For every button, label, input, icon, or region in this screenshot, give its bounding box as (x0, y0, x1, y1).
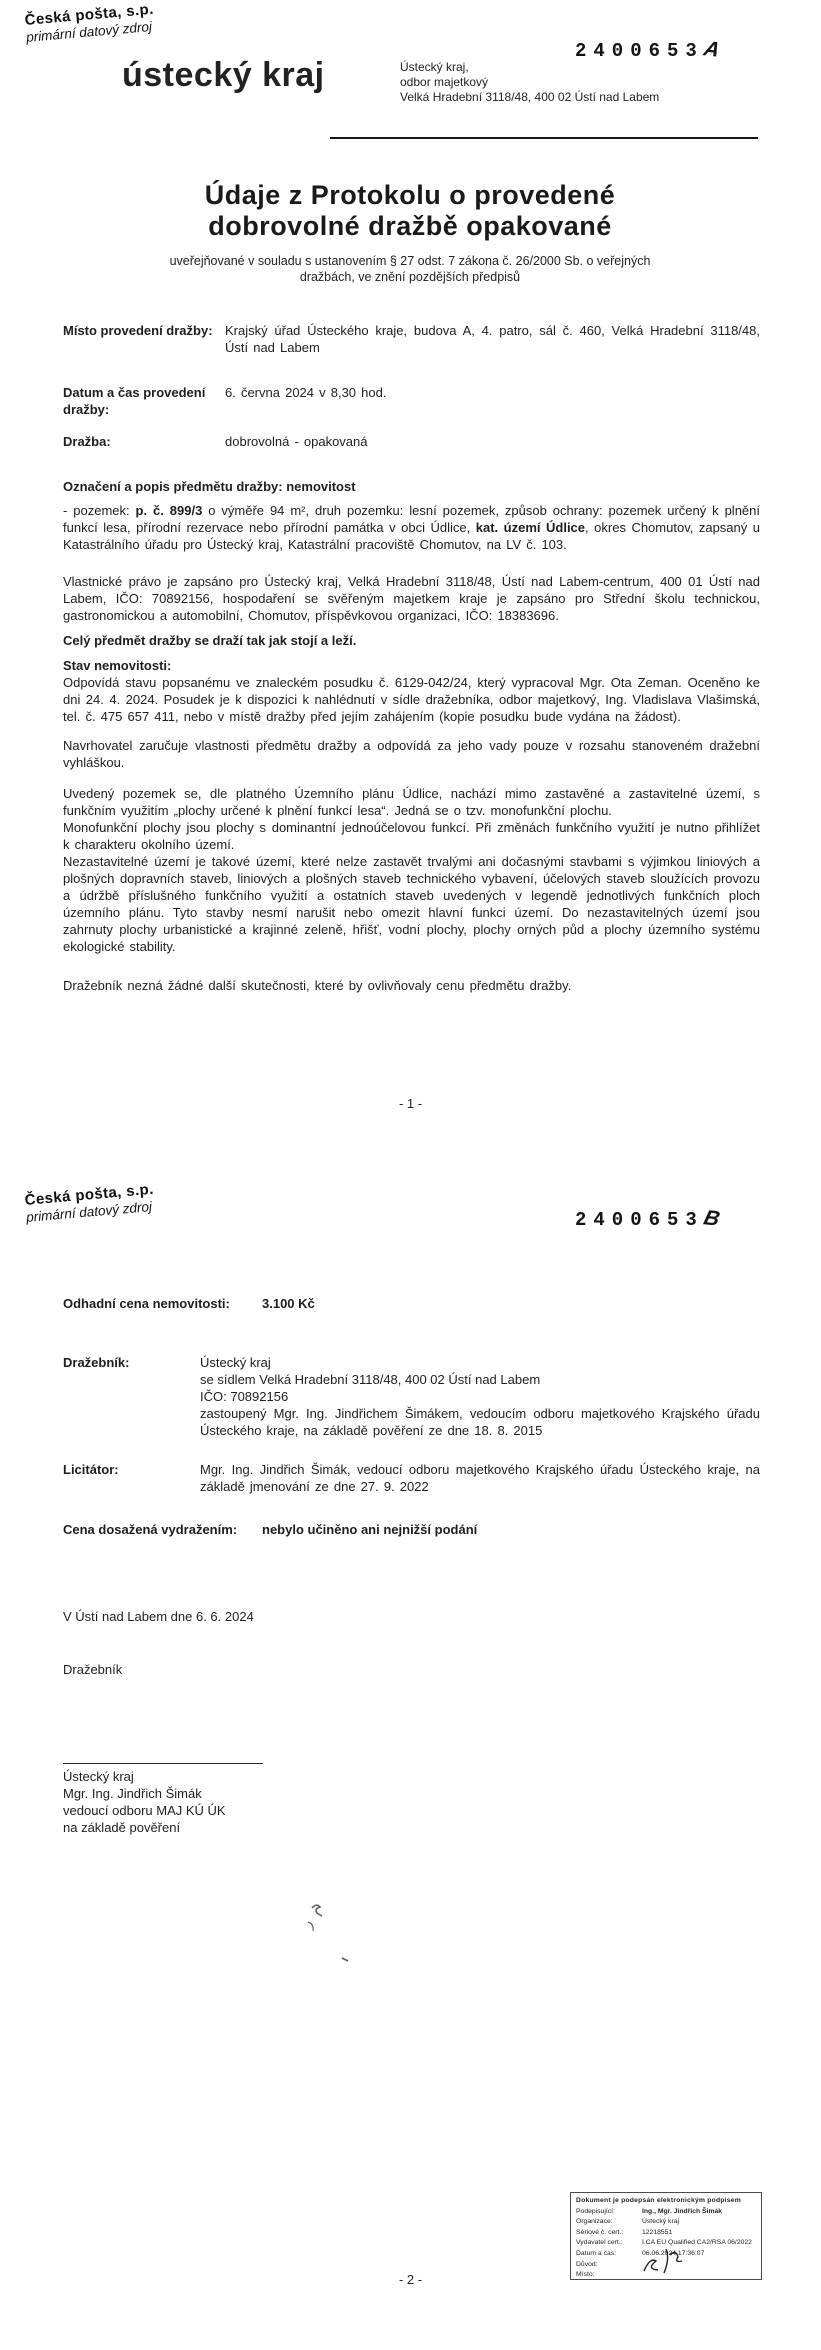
paragraph-zoning-3: Nezastavitelné území je takové území, kt… (63, 853, 760, 955)
header-rule (330, 137, 758, 139)
field-row-auctioneer: Dražebník: Ústecký kraj se sídlem Velká … (63, 1354, 760, 1439)
signature-rule (63, 1763, 263, 1764)
dateline: V Ústí nad Labem dne 6. 6. 2024 (63, 1608, 254, 1625)
document-subtitle: uveřejňované v souladu s ustanovením § 2… (110, 253, 710, 285)
paragraph-parcel: - pozemek: p. č. 899/3 o výměře 94 m², d… (63, 502, 760, 553)
parcel-number-bold: p. č. 899/3 (136, 503, 203, 518)
letterhead-org: Ústecký kraj, (400, 60, 659, 75)
signature-title: vedoucí odboru MAJ KÚ ÚK (63, 1802, 263, 1819)
auctioneer-name: Ústecký kraj (200, 1354, 760, 1371)
field-row-final-price: Cena dosažená vydražením: nebylo učiněno… (63, 1521, 760, 1538)
final-price-label: Cena dosažená vydražením: (63, 1521, 262, 1538)
esign-serial-label: Sériové č. cert.: (576, 2228, 642, 2239)
licitator-label: Licitátor: (63, 1461, 200, 1495)
document-title-line2: dobrovolné dražbě opakované (60, 211, 760, 242)
field-row-datetime: Datum a čas provedení dražby: 6. června … (63, 384, 760, 418)
esign-row-signer: Podepisující: Ing., Mgr. Jindřich Šimák (576, 2207, 757, 2218)
page2-body: Odhadní cena nemovitosti: 3.100 Kč Draže… (63, 1295, 760, 1538)
page-1: Česká pošta, s.p. primární datový zdroj … (0, 0, 821, 1165)
page2-page-number: - 2 - (0, 2272, 821, 2287)
document-number-suffix: A (701, 37, 722, 62)
document-title: Údaje z Protokolu o provedené dobrovolné… (60, 180, 760, 242)
page-2: Česká pošta, s.p. primární datový zdroj … (0, 1165, 821, 2350)
signatory-role: Dražebník (63, 1661, 122, 1678)
esign-header: Dokument je podepsán elektronickým podpi… (576, 2196, 757, 2207)
signature-org: Ústecký kraj (63, 1768, 263, 1785)
document-subtitle-line2: dražbách, ve znění pozdějších předpisů (110, 269, 710, 285)
esign-signer-value: Ing., Mgr. Jindřich Šimák (642, 2207, 757, 2218)
letterhead-dept: odbor majetkový (400, 75, 659, 90)
field-label-place: Místo provedení dražby: (63, 322, 225, 356)
auctioneer-representative: zastoupený Mgr. Ing. Jindřichem Šimákem,… (200, 1405, 760, 1439)
document-title-line1: Údaje z Protokolu o provedené (60, 180, 760, 211)
cadastre-area-bold: kat. území Údlice (476, 520, 585, 535)
postal-stamp: Česká pošta, s.p. primární datový zdroj (24, 1, 156, 45)
field-value-auction: dobrovolná - opakovaná (225, 433, 760, 450)
auctioneer-address: se sídlem Velká Hradební 3118/48, 400 02… (200, 1371, 760, 1388)
pen-marks (290, 1900, 360, 1970)
esign-signer-label: Podepisující: (576, 2207, 642, 2218)
letterhead-address: Ústecký kraj, odbor majetkový Velká Hrad… (400, 60, 659, 105)
field-label-auction: Dražba: (63, 433, 225, 450)
paragraph-condition: Odpovídá stavu popsanému ve znaleckém po… (63, 674, 760, 725)
letterhead-street: Velká Hradební 3118/48, 400 02 Ústí nad … (400, 90, 659, 105)
esign-row-serial: Sériové č. cert.: 12218551 (576, 2228, 757, 2239)
esign-org-label: Organizace: (576, 2217, 642, 2228)
estimate-price-value: 3.100 Kč (262, 1295, 760, 1312)
field-value-place: Krajský úřad Ústeckého kraje, budova A, … (225, 322, 760, 356)
field-row-auction: Dražba: dobrovolná - opakovaná (63, 433, 760, 450)
paragraph-zoning-2: Monofunkční plochy jsou plochy s dominan… (63, 819, 760, 853)
esign-issuer-label: Vydavatel cert.: (576, 2238, 642, 2249)
sold-as-is-line: Celý předmět dražby se draží tak jak sto… (63, 632, 760, 649)
signature-name: Mgr. Ing. Jindřich Šimák (63, 1785, 263, 1802)
esign-org-value: Ústecký kraj (642, 2217, 757, 2228)
field-label-datetime: Datum a čas provedení dražby: (63, 384, 225, 418)
paragraph-no-facts: Dražebník nezná žádné další skutečnosti,… (63, 977, 760, 994)
page1-body: Místo provedení dražby: Krajský úřad Úst… (63, 322, 760, 994)
esign-reason-label: Důvod: (576, 2260, 642, 2271)
document-number2-suffix: B (701, 1206, 722, 1231)
esign-stamp: Dokument je podepsán elektronickým podpi… (570, 2192, 762, 2280)
estimate-price-label: Odhadní cena nemovitosti: (63, 1295, 262, 1312)
auctioneer-ico: IČO: 70892156 (200, 1388, 760, 1405)
field-value-datetime: 6. června 2024 v 8,30 hod. (225, 384, 760, 418)
signature-authority: na základě pověření (63, 1819, 263, 1836)
pen-marks-icon (290, 1900, 360, 1970)
paragraph-warranty: Navrhovatel zaručuje vlastnosti předmětu… (63, 737, 760, 771)
field-row-licitator: Licitátor: Mgr. Ing. Jindřich Šimák, ved… (63, 1461, 760, 1495)
auctioneer-label: Dražebník: (63, 1354, 200, 1439)
signature-block: Ústecký kraj Mgr. Ing. Jindřich Šimák ve… (63, 1763, 263, 1836)
field-row-estimate-price: Odhadní cena nemovitosti: 3.100 Kč (63, 1295, 760, 1312)
document-number-stamp-2: 2400653B (575, 1207, 719, 1231)
document-number-digits: 2400653 (575, 40, 704, 62)
paragraph-ownership: Vlastnické právo je zapsáno pro Ústecký … (63, 573, 760, 624)
document-number-stamp: 2400653A (575, 38, 719, 62)
condition-heading: Stav nemovitosti: (63, 657, 760, 674)
document-subtitle-line1: uveřejňované v souladu s ustanovením § 2… (110, 253, 710, 269)
postal-stamp-2: Česká pošta, s.p. primární datový zdroj (24, 1181, 156, 1225)
designation-heading: Označení a popis předmětu dražby: nemovi… (63, 478, 760, 495)
field-row-place: Místo provedení dražby: Krajský úřad Úst… (63, 322, 760, 356)
ustecky-kraj-logo: ústecký kraj (122, 56, 325, 95)
document-number2-digits: 2400653 (575, 1209, 704, 1231)
esign-serial-value: 12218551 (642, 2228, 757, 2239)
final-price-value: nebylo učiněno ani nejnižší podání (262, 1521, 760, 1538)
page1-page-number: - 1 - (0, 1096, 821, 1111)
paragraph-zoning-1: Uvedený pozemek se, dle platného Územníh… (63, 785, 760, 819)
licitator-value: Mgr. Ing. Jindřich Šimák, vedoucí odboru… (200, 1461, 760, 1495)
parcel-text-1: - pozemek: (63, 503, 136, 518)
esign-datetime-label: Datum a čas: (576, 2249, 642, 2260)
esign-row-org: Organizace: Ústecký kraj (576, 2217, 757, 2228)
